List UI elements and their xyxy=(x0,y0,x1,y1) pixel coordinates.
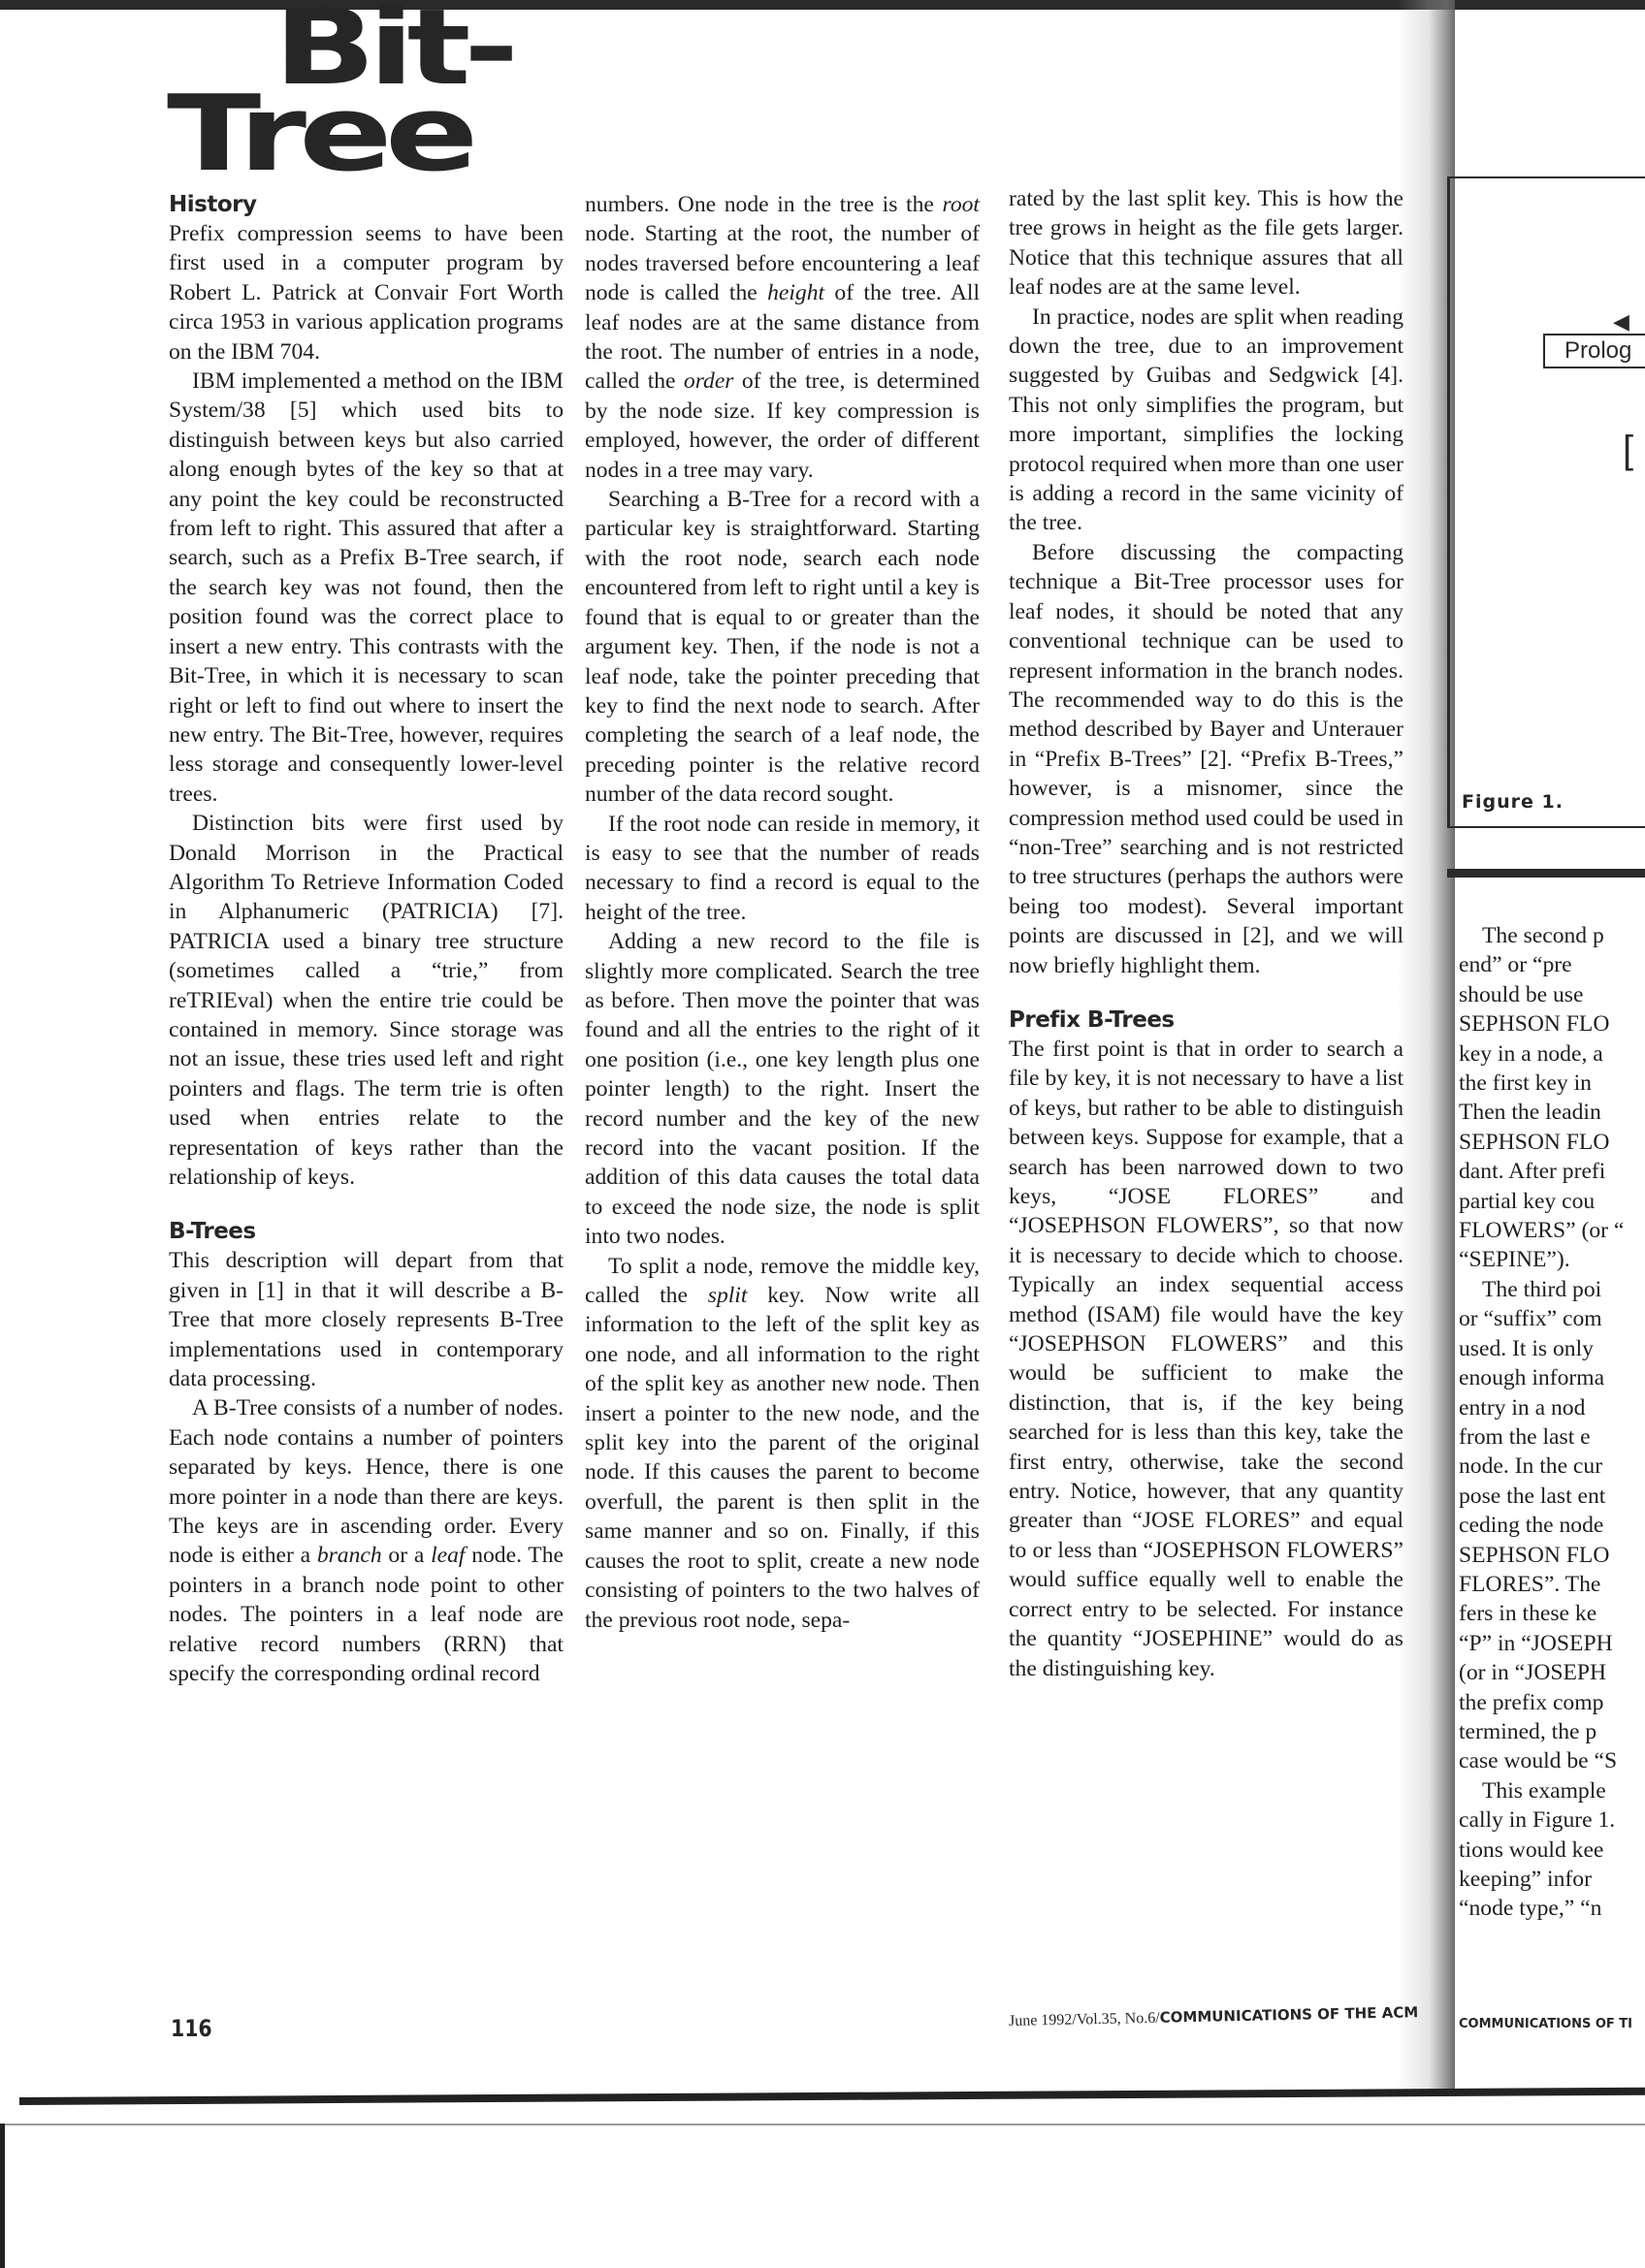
text-line: This example xyxy=(1459,1776,1645,1805)
text-line: the prefix comp xyxy=(1459,1688,1645,1717)
bottom-rule xyxy=(19,2088,1645,2105)
figure-1-frame: ◀ Prolog [ Figure 1. xyxy=(1447,176,1645,828)
text-run: key. Now write all information to the le… xyxy=(585,1283,980,1632)
running-footer: June 1992/Vol.35, No.6/COMMUNICATIONS OF… xyxy=(1009,2003,1419,2030)
text-line: cally in Figure 1. xyxy=(1459,1805,1645,1835)
paragraph: In practice, nodes are split when readin… xyxy=(1009,303,1403,538)
text-line: should be use xyxy=(1459,980,1645,1009)
text-line: partial key cou xyxy=(1459,1187,1645,1216)
text-line: The second p xyxy=(1459,921,1645,950)
book-gutter-shadow xyxy=(1397,0,1455,2094)
paragraph: If the root node can reside in memory, i… xyxy=(585,810,980,928)
scan-bottom-edge xyxy=(0,2124,1645,2125)
text-line: enough informa xyxy=(1459,1363,1645,1392)
text-line: node. In the cur xyxy=(1459,1452,1645,1481)
facing-page: ◀ Prolog [ Figure 1. The second p end” o… xyxy=(1447,0,1645,2133)
paragraph: numbers. One node in the tree is the roo… xyxy=(585,190,980,485)
paragraph: rated by the last split key. This is how… xyxy=(1009,184,1403,303)
italic-term-branch: branch xyxy=(317,1543,382,1568)
text-line: fers in these ke xyxy=(1459,1599,1645,1628)
text-line: “P” in “JOSEPH xyxy=(1459,1629,1645,1658)
paragraph: To split a node, remove the middle key, … xyxy=(585,1252,980,1635)
italic-term-leaf: leaf xyxy=(431,1543,465,1568)
text-line: used. It is only xyxy=(1459,1334,1645,1363)
text-run: or a xyxy=(382,1543,431,1568)
italic-term-order: order xyxy=(684,368,734,394)
text-line: or “suffix” com xyxy=(1459,1304,1645,1333)
text-line: from the last e xyxy=(1459,1422,1645,1452)
page-number: 116 xyxy=(171,2015,212,2042)
text-line: FLORES”. The xyxy=(1459,1570,1645,1599)
figure-node-prolog: Prolog xyxy=(1543,334,1645,368)
arrow-left-icon: ◀ xyxy=(1613,312,1629,332)
text-line: (or in “JOSEPH xyxy=(1459,1658,1645,1687)
paragraph: A B-Tree consists of a number of nodes. … xyxy=(169,1393,564,1688)
paragraph: This description will depart from that g… xyxy=(169,1246,564,1393)
text-line: SEPHSON FLO xyxy=(1459,1541,1645,1570)
italic-term-height: height xyxy=(767,280,824,305)
text-line: case would be “S xyxy=(1459,1746,1645,1775)
text-line: The third poi xyxy=(1459,1275,1645,1304)
facing-page-footer: COMMUNICATIONS OF TI xyxy=(1459,2017,1632,2031)
figure-bracket: [ xyxy=(1623,429,1633,472)
title-line-2: Tree xyxy=(167,92,704,178)
text-line: key in a node, a xyxy=(1459,1039,1645,1069)
paragraph: The first point is that in order to sear… xyxy=(1009,1035,1403,1683)
italic-term-split: split xyxy=(708,1283,748,1308)
figure-caption: Figure 1. xyxy=(1462,791,1564,813)
text-line: the first key in xyxy=(1459,1069,1645,1098)
paragraph: IBM implemented a method on the IBM Syst… xyxy=(169,367,564,809)
issue-info: June 1992/Vol.35, No.6/ xyxy=(1009,2010,1160,2029)
text-line: ceding the node xyxy=(1459,1511,1645,1540)
text-line: FLOWERS” (or “ xyxy=(1459,1216,1645,1245)
paragraph: Searching a B-Tree for a record with a p… xyxy=(585,485,980,809)
text-line: “SEPINE”). xyxy=(1459,1245,1645,1274)
text-line: termined, the p xyxy=(1459,1717,1645,1746)
text-line: dant. After prefi xyxy=(1459,1157,1645,1186)
section-heading-prefix-btrees: Prefix B-Trees xyxy=(1009,1006,1403,1035)
journal-name: COMMUNICATIONS OF THE ACM xyxy=(1159,2003,1418,2027)
text-line: SEPHSON FLO xyxy=(1459,1009,1645,1038)
section-heading-btrees: B-Trees xyxy=(169,1217,564,1246)
divider-rule xyxy=(1447,869,1645,878)
text-line: tions would kee xyxy=(1459,1836,1645,1865)
section-heading-history: History xyxy=(169,190,564,219)
text-column-3: rated by the last split key. This is how… xyxy=(1009,184,1403,1683)
paragraph: Before discussing the compacting techniq… xyxy=(1009,538,1403,980)
text-line: end” or “pre xyxy=(1459,950,1645,979)
article-title: Bit- Tree xyxy=(167,6,574,177)
text-line: SEPHSON FLO xyxy=(1459,1128,1645,1157)
text-line: pose the last ent xyxy=(1459,1482,1645,1511)
paragraph: Distinction bits were first used by Dona… xyxy=(169,809,564,1192)
text-line: entry in a nod xyxy=(1459,1393,1645,1422)
facing-page-text: The second p end” or “pre should be use … xyxy=(1459,921,1645,1924)
text-line: Then the leadin xyxy=(1459,1098,1645,1127)
paragraph: Adding a new record to the file is sligh… xyxy=(585,927,980,1251)
text-run: numbers. One node in the tree is the xyxy=(585,192,943,217)
scan-left-edge xyxy=(0,2124,5,2268)
paragraph: Prefix compression seems to have been fi… xyxy=(169,219,564,367)
text-line: keeping” infor xyxy=(1459,1865,1645,1894)
text-column-2: numbers. One node in the tree is the roo… xyxy=(585,190,980,1635)
italic-term-root: root xyxy=(943,192,980,217)
text-column-1: History Prefix compression seems to have… xyxy=(169,190,564,1689)
text-line: “node type,” “n xyxy=(1459,1894,1645,1923)
